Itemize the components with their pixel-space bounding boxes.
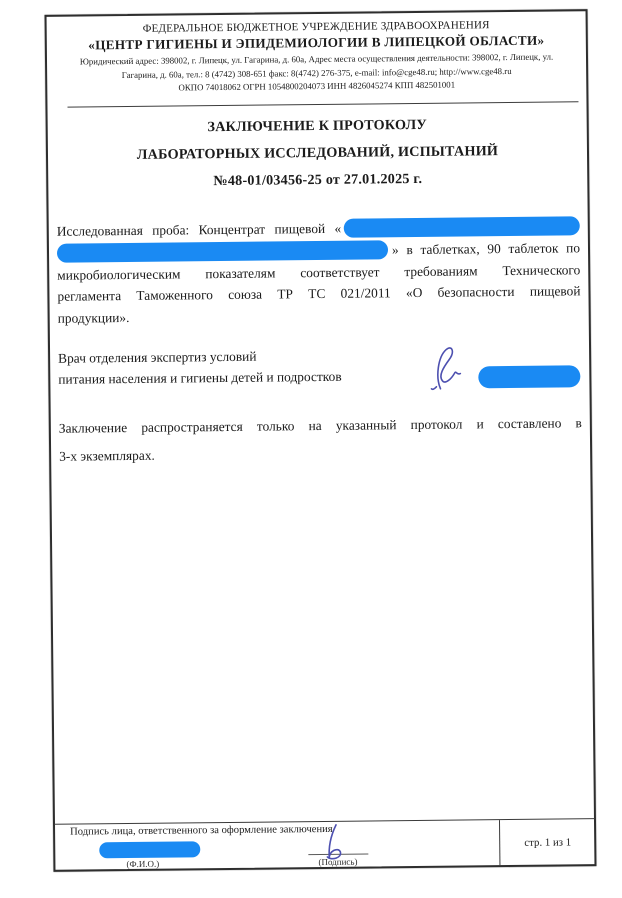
- note-line-1: Заключение распространяется только на ук…: [59, 409, 582, 442]
- document-number-and-date: №48-01/03456-25 от 27.01.2025 г.: [48, 164, 587, 197]
- redaction-highlight-product-name-1: [344, 217, 580, 238]
- doctor-signature-block: Врач отделения экспертиз условий питания…: [58, 343, 582, 410]
- org-registration-codes: ОКПО 74018062 ОГРН 1054800204073 ИНН 482…: [55, 78, 578, 94]
- footer-signature-cell: Подпись лица, ответственного за оформлен…: [54, 820, 499, 871]
- redaction-highlight-responsible-name: [99, 841, 200, 858]
- responsible-person-label: Подпись лица, ответственного за оформлен…: [70, 824, 333, 838]
- redaction-highlight-doctor-name: [478, 365, 580, 388]
- sample-text-after-redaction: » в таблетках, 90 таблеток по: [388, 237, 580, 261]
- signature-caption: (Подпись): [318, 857, 357, 867]
- redaction-highlight-product-name-2: [57, 240, 388, 262]
- handwritten-signature-icon-footer: [316, 823, 350, 861]
- footer-table: Подпись лица, ответственного за оформлен…: [54, 818, 595, 871]
- document-title: ЗАКЛЮЧЕНИЕ К ПРОТОКОЛУ ЛАБОРАТОРНЫХ ИССЛ…: [48, 110, 588, 197]
- sample-conclusion-paragraph: Исследованная проба: Концентрат пищевой …: [57, 215, 581, 329]
- organization-name: «ЦЕНТР ГИГИЕНЫ И ЭПИДЕМИОЛОГИИ В ЛИПЕЦКО…: [47, 32, 586, 54]
- letterhead: ФЕДЕРАЛЬНОЕ БЮДЖЕТНОЕ УЧРЕЖДЕНИЕ ЗДРАВОО…: [47, 18, 587, 94]
- page-number-label: стр. 1 из 1: [524, 836, 571, 848]
- note-line-2: 3-х экземплярах.: [59, 437, 582, 470]
- sample-text-before-redaction: Исследованная проба: Концентрат пищевой …: [57, 218, 342, 243]
- header-divider-line: [67, 101, 578, 107]
- fio-caption: (Ф.И.О.): [126, 859, 159, 869]
- page-number-cell: стр. 1 из 1: [499, 819, 595, 866]
- scanned-document-page: ФЕДЕРАЛЬНОЕ БЮДЖЕТНОЕ УЧРЕЖДЕНИЕ ЗДРАВОО…: [45, 9, 597, 872]
- handwritten-signature-icon: [426, 342, 473, 392]
- note-paragraph: Заключение распространяется только на ук…: [59, 409, 583, 470]
